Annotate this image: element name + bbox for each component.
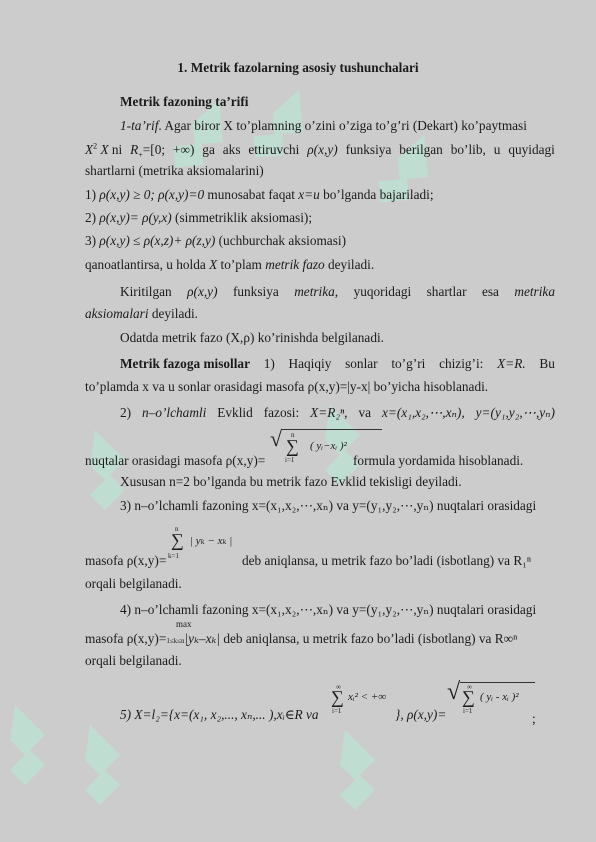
example-3-line-1: 3) n–o’lchamli fazoning x=(x₁,x₂,⋯,xₙ) v… <box>120 498 555 514</box>
section-title: 1. Metrik fazolarning asosiy tushunchala… <box>0 60 596 76</box>
axiom-1: 1) ρ(x,y) ≥ 0; ρ(x,y)=0 munosabat faqat … <box>85 187 555 203</box>
example-2-line-1: 2) n–o’lchamli Evklid fazosi: X=R₂ⁿ, va … <box>120 405 555 421</box>
examples-line-1: Metrik fazoga misollar 1) Haqiqiy sonlar… <box>120 356 555 372</box>
example-4-line-1: 4) n–o’lchamli fazoning x=(x₁,x₂,⋯,xₙ) v… <box>120 602 555 618</box>
conclusion: qanoatlantirsa, u holda X to’plam metrik… <box>85 257 555 273</box>
example-3-line-3: orqali belgilanadi. <box>85 576 555 592</box>
example-3-line-2-tail: deb aniqlansa, u metrik fazo bo’ladi (is… <box>242 553 555 569</box>
example-5-end: ; <box>532 711 552 727</box>
definition-line-3: shartlarni (metrika aksiomalarini) <box>85 163 555 179</box>
max-label: max <box>176 619 192 629</box>
notation-line: Odatda metrik fazo (X,ρ) ko’rinishda bel… <box>120 330 555 346</box>
metric-remark-line-1: Kiritilgan ρ(x,y) funksiya metrika, yuqo… <box>120 284 555 300</box>
document-page: 1. Metrik fazolarning asosiy tushunchala… <box>0 0 596 842</box>
example-2-line-2-tail: formula yordamida hisoblanadi. <box>353 453 553 469</box>
subheading: Metrik fazoning ta’rifi <box>120 94 555 110</box>
example-4-line-2: masofa ρ(x,y)=1≤k≤n|yₖ–xₖ| deb aniqlansa… <box>85 631 555 649</box>
definition-line-1: 1-ta’rif. Agar biror X to’plamning o’zin… <box>120 118 555 134</box>
axiom-3: 3) ρ(x,y) ≤ ρ(x,z)+ ρ(z,y) (uchburchak a… <box>85 233 555 249</box>
example-4-line-3: orqali belgilanadi. <box>85 653 555 669</box>
examples-line-2: to’plamda x va u sonlar orasidagi masofa… <box>85 379 555 395</box>
example-2-note: Xususan n=2 bo’lganda bu metrik fazo Evk… <box>120 474 555 490</box>
metric-remark-line-2: aksiomalari deyiladi. <box>85 306 555 322</box>
example-5-mid: }, ρ(x,y)= <box>395 707 455 723</box>
axiom-2: 2) ρ(x,y)= ρ(y,x) (simmetriklik aksiomas… <box>85 210 555 226</box>
definition-line-2: X2 X ni R+=[0;+∞)gaaksettiruvchi ρ(x,y) … <box>85 142 555 158</box>
